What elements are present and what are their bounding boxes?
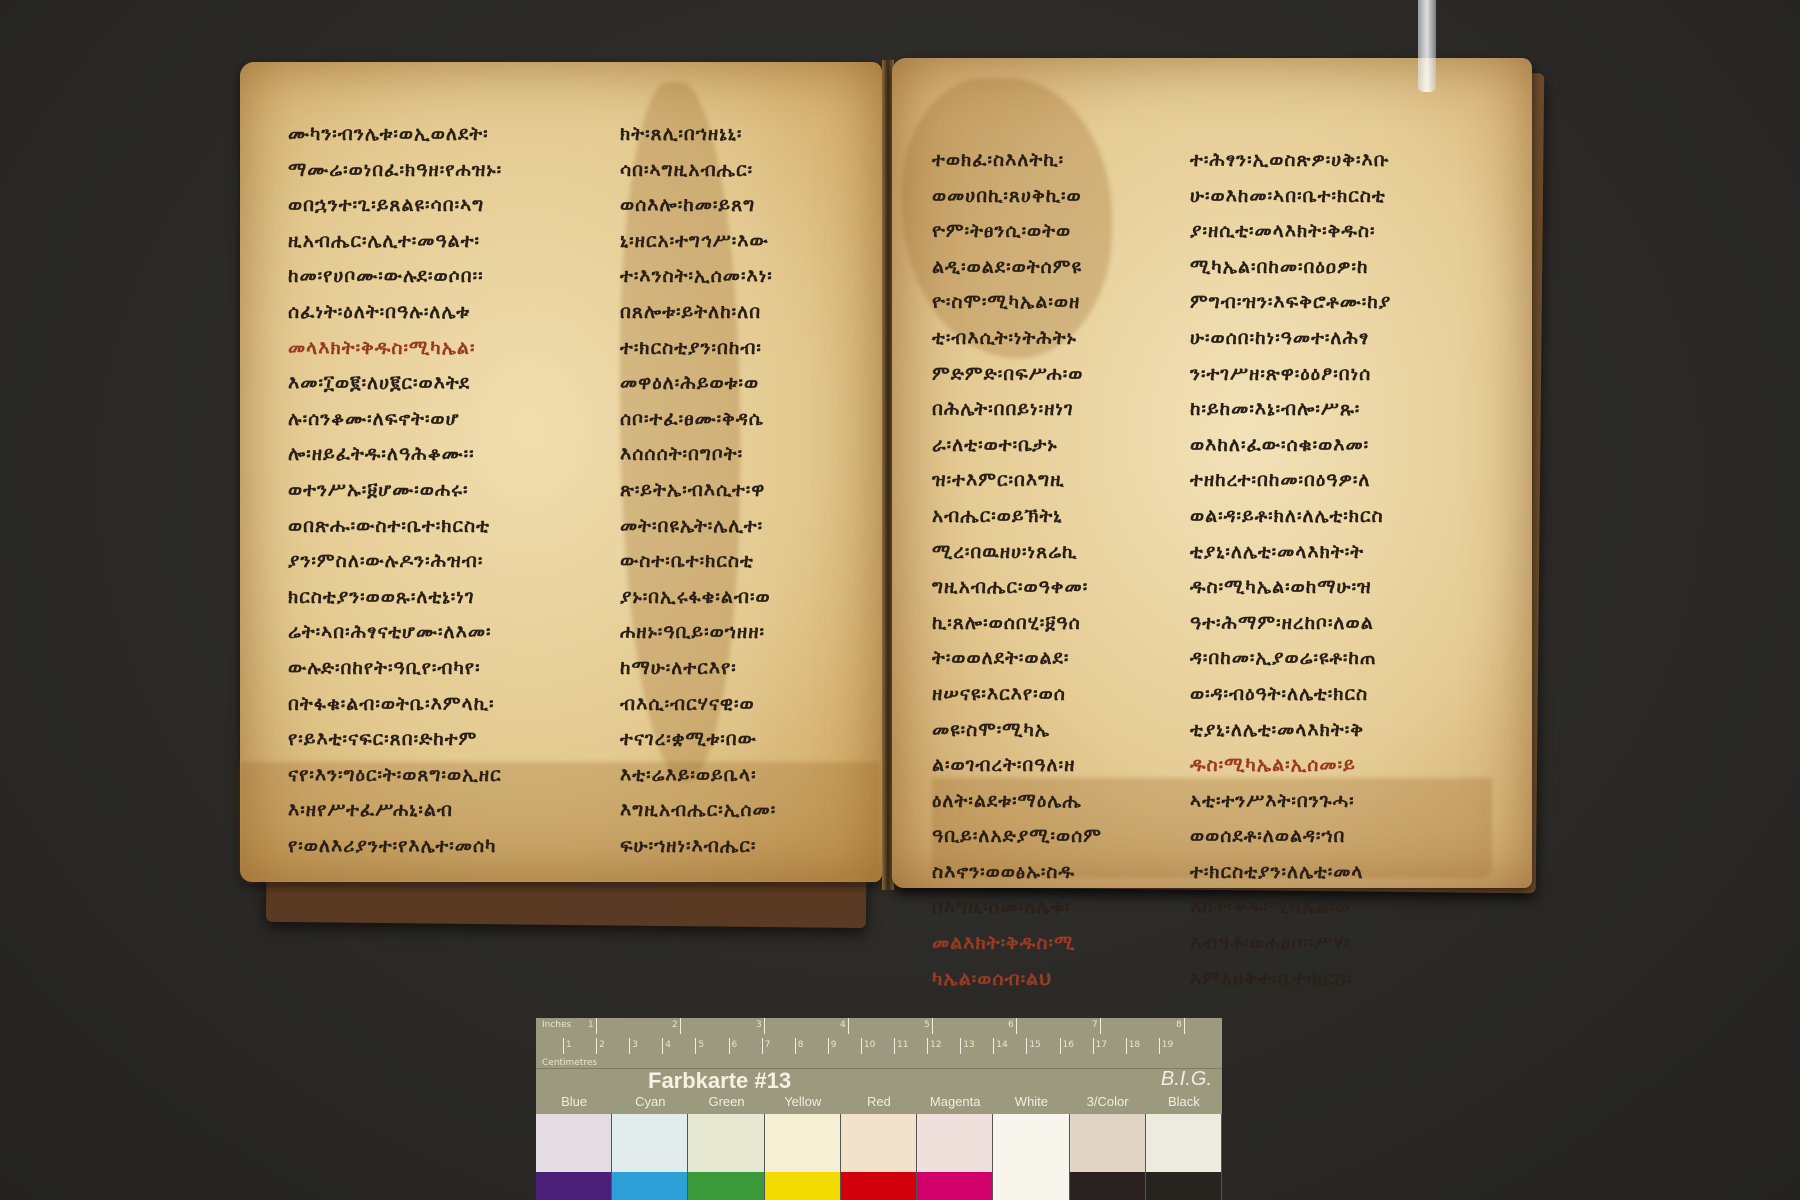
manuscript-line: ከ፡ይከመ፡እኔ፡ብሎ፡ሥጹ፡ xyxy=(1190,392,1391,428)
manuscript-line: ዘሠናዩ፡እርእየ፡ወሰ xyxy=(932,677,1102,713)
cm-tick-label: 5 xyxy=(698,1040,704,1050)
manuscript-line: ተ፡ክርስቲያን፡ለሌቲ፡መላ xyxy=(1190,855,1391,891)
cm-tick xyxy=(927,1038,928,1054)
manuscript-line: ጽ፡ይትኤ፡ብእሲተ፡ዋ xyxy=(620,473,776,509)
inch-tick-label: 1 xyxy=(588,1020,594,1030)
swatch-tint xyxy=(536,1114,611,1172)
manuscript-line: ተወክፈ፡ስእለትኪ፡ xyxy=(932,143,1102,179)
manuscript-line: እመ፡፲ወ፪፡ለሀ፪ር፡ወእትደ xyxy=(288,366,502,402)
cm-tick xyxy=(795,1038,796,1054)
manuscript-line: ሰቦ፡ተፈ፡ፀሙ፡ቅዳሴ xyxy=(620,402,776,438)
inch-tick-label: 7 xyxy=(1092,1020,1098,1030)
manuscript-line: ማሙሬ፡ወነበፈ፡ክዓዘ፡የሐዝኑ፡ xyxy=(288,153,502,189)
swatch-label: Yellow xyxy=(765,1094,841,1109)
manuscript-line: ወመሀበኪ፡ጸሀቅኪ፡ወ xyxy=(932,179,1102,215)
swatch-solid xyxy=(1070,1172,1145,1200)
manuscript-line: ከማሁ፡ለተርእየ፡ xyxy=(620,651,776,687)
color-swatch-green xyxy=(688,1114,764,1200)
right-page: ተወክፈ፡ስእለትኪ፡ወመሀበኪ፡ጸሀቅኪ፡ወዮም፡ትፀንሲ፡ወትወልዲ፡ወልደ… xyxy=(892,58,1532,888)
manuscript-line: በትፋቁ፡ልብ፡ወትቤ፡እምላኪ፡ xyxy=(288,687,502,723)
inch-tick-label: 4 xyxy=(840,1020,846,1030)
manuscript-line: ተ፡ሕፃን፡ኢወስጽዎ፡ሀቅ፡እቡ xyxy=(1190,143,1391,179)
swatch-solid xyxy=(993,1172,1068,1200)
cm-tick-label: 15 xyxy=(1029,1040,1040,1050)
cm-tick xyxy=(662,1038,663,1054)
manuscript-line: ዱስ፡ሚካኤል፡ወከማሁ፡ዝ xyxy=(1190,570,1391,606)
inch-tick-label: 5 xyxy=(924,1020,930,1030)
manuscript-line: ግዚአብሔር፡ወዓቀመ፡ xyxy=(932,570,1102,606)
manuscript-line: ወ፡ዳ፡ብዕዓት፡ለሌቲ፡ክርስ xyxy=(1190,677,1391,713)
manuscript-line: ኪ፡ጸሎ፡ወሰበሂ፡፱ዓሰ xyxy=(932,606,1102,642)
centimetres-label: Centimetres xyxy=(542,1058,597,1068)
swatch-solid xyxy=(612,1172,687,1200)
swatch-tint xyxy=(765,1114,840,1172)
manuscript-line: ሐዘኑ፡ዓቢይ፡ወኀዘዘ፡ xyxy=(620,615,776,651)
color-swatch-white xyxy=(993,1114,1069,1200)
ruler: Inches Centimetres 123456781234567891011… xyxy=(536,1018,1222,1069)
cm-tick-label: 18 xyxy=(1129,1040,1140,1050)
manuscript-line: ዮም፡ትፀንሲ፡ወትወ xyxy=(932,214,1102,250)
manuscript-line: የ፡ወለእሪያንተ፡የእሌተ፡መሰካ xyxy=(288,829,502,865)
manuscript-line: ዱስ፡ሚካኤል፡ኢሰመ፡ይ xyxy=(1190,748,1391,784)
manuscript-line: ሁ፡ወእከመ፡ኣበ፡ቤተ፡ክርስቲ xyxy=(1190,179,1391,215)
inch-tick xyxy=(932,1018,933,1034)
swatch-solid xyxy=(536,1172,611,1200)
cm-tick xyxy=(1026,1038,1027,1054)
manuscript-line: ልዲ፡ወልደ፡ወትሰምዩ xyxy=(932,250,1102,286)
text-column-2: ክት፡ጸሊ፡በኀዘኔኒ፡ሳበ፡ኣግዚአብሔር፡ወሰእሎ፡ከመ፡ይጸግኒ፡ዘርአ፡… xyxy=(620,117,776,864)
swatch-solid xyxy=(917,1172,992,1200)
manuscript-line: ያኑ፡በኢሩፋቄ፡ልብ፡ወ xyxy=(620,580,776,616)
manuscript-line: ሙካን፡ብንሌቱ፡ወኢወለደት፡ xyxy=(288,117,502,153)
manuscript-line: ተ፡እንስት፡ኢሰመ፡እነ፡ xyxy=(620,259,776,295)
manuscript-line: ን፡ተገሥዘ፡ጽዋ፡ዕዕፆ፡በነሰ xyxy=(1190,357,1391,393)
swatch-tint xyxy=(917,1114,992,1172)
manuscript-line: ካኤል፡ወሰብ፡ልህ xyxy=(932,962,1102,998)
manuscript-line: ስእኖን፡ወወፅኡ፡ስዱ xyxy=(932,855,1102,891)
manuscript-line: በሕሌት፡በበይነ፡ዘነገ xyxy=(932,392,1102,428)
swatch-label: Red xyxy=(841,1094,917,1109)
manuscript-line: ያ፡ዘሲቲ፡መላእክት፡ቅዱስ፡ xyxy=(1190,214,1391,250)
manuscript-line: ምግብ፡ዝን፡እፍቅሮቶሙ፡ከያ xyxy=(1190,285,1391,321)
color-swatch-cyan xyxy=(612,1114,688,1200)
cm-tick xyxy=(894,1038,895,1054)
manuscript-line: አብሔር፡ወይኽትኒ xyxy=(932,499,1102,535)
manuscript-line: ት፡ወወለደት፡ወልደ፡ xyxy=(932,641,1102,677)
manuscript-line: ዕለት፡ልደቱ፡ማዕሌሔ xyxy=(932,784,1102,820)
manuscript-line: ተዘከረተ፡በከመ፡በዕዓዎ፡ለ xyxy=(1190,463,1391,499)
manuscript-line: ሚካኤል፡በከመ፡በዕዐዎ፡ከ xyxy=(1190,250,1391,286)
swatch-label: Cyan xyxy=(612,1094,688,1109)
swatch-tint xyxy=(1070,1114,1145,1172)
manuscript-line: ሎ፡ዘይፈትዱ፡ለዓሕቆሙ፡፡ xyxy=(288,437,502,473)
inch-tick xyxy=(596,1018,597,1034)
swatch-label: 3/Color xyxy=(1070,1094,1146,1109)
cm-tick-label: 16 xyxy=(1063,1040,1074,1050)
manuscript-line: ተናገረ፡ቋሚቱ፡በው xyxy=(620,722,776,758)
manuscript-line: በእግዚ፡ሰመ፡ለሌቱ፡ xyxy=(932,890,1102,926)
manuscript-line: የ፡ይእቲ፡ናፍር፡ጸበ፡ድከተም xyxy=(288,722,502,758)
cm-tick xyxy=(1060,1038,1061,1054)
manuscript-line: ኒ፡ዘርአ፡ተግኅሥ፡እው xyxy=(620,224,776,260)
swatch-label: Magenta xyxy=(917,1094,993,1109)
cm-tick xyxy=(828,1038,829,1054)
color-swatch-magenta xyxy=(917,1114,993,1200)
color-swatch-black xyxy=(1146,1114,1222,1200)
inch-tick-label: 3 xyxy=(756,1020,762,1030)
inch-tick xyxy=(1100,1018,1101,1034)
cm-tick-label: 7 xyxy=(765,1040,771,1050)
manuscript-line: እከት፡ቅዱ፡ሚካኤል፡ወ xyxy=(1190,890,1391,926)
cm-tick-label: 3 xyxy=(632,1040,638,1050)
inch-tick-label: 6 xyxy=(1008,1020,1014,1030)
manuscript-line: ምድምድ፡በፍሥሐ፡ወ xyxy=(932,357,1102,393)
manuscript-line: መልእክት፡ቅዱስ፡ሚ xyxy=(932,926,1102,962)
manuscript-line: መዩ፡ስሞ፡ሚካኤ xyxy=(932,713,1102,749)
manuscript-line: ዓቢይ፡ለአድያሚ፡ወሰም xyxy=(932,819,1102,855)
manuscript-line: ቲያኒ፡ለሌቲ፡መላእክት፡ት xyxy=(1190,535,1391,571)
manuscript-line: ዝ፡ተእምር፡በእግዚ xyxy=(932,463,1102,499)
manuscript-line: ወበኋንተ፡ጊ፡ይጸልዩ፡ሳበ፡ኣግ xyxy=(288,188,502,224)
acrylic-page-holder xyxy=(1418,0,1436,92)
swatch-tint xyxy=(1146,1114,1221,1172)
manuscript-line: ከመ፡የሀቦሙ፡ውሉደ፡ወሶበ፡፡ xyxy=(288,259,502,295)
manuscript-line: ሳበ፡ኣግዚአብሔር፡ xyxy=(620,153,776,189)
color-swatch-3-color xyxy=(1070,1114,1146,1200)
swatch-label: Black xyxy=(1146,1094,1222,1109)
cm-tick-label: 14 xyxy=(996,1040,1007,1050)
manuscript-line: ወበጽሑ፡ውስተ፡ቤተ፡ክርስቲ xyxy=(288,509,502,545)
manuscript-line: ሉ፡ሰንቆሙ፡ለፍኖት፡ወሆ xyxy=(288,402,502,438)
manuscript-line: እ፡ዘየሥተፈሥሐኒ፡ልብ xyxy=(288,793,502,829)
inch-tick xyxy=(764,1018,765,1034)
inch-tick xyxy=(1016,1018,1017,1034)
cm-tick xyxy=(1093,1038,1094,1054)
swatch-solid xyxy=(1146,1172,1221,1200)
card-brand: B.I.G. xyxy=(1161,1068,1212,1091)
manuscript-line: ብእሲ፡ብርሃናዊ፡ወ xyxy=(620,687,776,723)
cm-tick xyxy=(596,1038,597,1054)
manuscript-line: ሰፈነት፡ዕለት፡በዓሉ፡ለሌቱ xyxy=(288,295,502,331)
manuscript-line: ወሰእሎ፡ከመ፡ይጸግ xyxy=(620,188,776,224)
manuscript-line: ክት፡ጸሊ፡በኀዘኔኒ፡ xyxy=(620,117,776,153)
inches-label: Inches xyxy=(542,1020,571,1030)
cm-tick-label: 6 xyxy=(732,1040,738,1050)
cm-tick-label: 19 xyxy=(1162,1040,1173,1050)
swatch-labels: BlueCyanGreenYellowRedMagentaWhite3/Colo… xyxy=(536,1094,1222,1109)
left-page: ሙካን፡ብንሌቱ፡ወኢወለደት፡ማሙሬ፡ወነበፈ፡ክዓዘ፡የሐዝኑ፡ወበኋንተ፡… xyxy=(240,62,882,882)
cm-tick xyxy=(563,1038,564,1054)
manuscript-line: ል፡ወገብረት፡በዓለ፡ዘ xyxy=(932,748,1102,784)
cm-tick-label: 9 xyxy=(831,1040,837,1050)
manuscript-line: ወወሰደቶ፡ለወልዳ፡ኀበ xyxy=(1190,819,1391,855)
cm-tick-label: 11 xyxy=(897,1040,908,1050)
manuscript-line: ሬት፡ኣበ፡ሕፃናቲሆሙ፡ለእመ፡ xyxy=(288,615,502,651)
cm-tick-label: 17 xyxy=(1096,1040,1107,1050)
cm-tick-label: 4 xyxy=(665,1040,671,1050)
manuscript-line: ቲያኒ፡ለሌቲ፡መላእክት፡ቅ xyxy=(1190,713,1391,749)
cm-tick-label: 10 xyxy=(864,1040,875,1050)
cm-tick-label: 2 xyxy=(599,1040,605,1050)
manuscript-line: ዚአብሔር፡ሌሊተ፡መዓልተ፡ xyxy=(288,224,502,260)
cm-tick xyxy=(960,1038,961,1054)
cm-tick xyxy=(695,1038,696,1054)
inch-tick xyxy=(1184,1018,1185,1034)
cm-tick xyxy=(762,1038,763,1054)
swatch-solid xyxy=(765,1172,840,1200)
text-column-1: ሙካን፡ብንሌቱ፡ወኢወለደት፡ማሙሬ፡ወነበፈ፡ክዓዘ፡የሐዝኑ፡ወበኋንተ፡… xyxy=(288,117,502,864)
cm-tick xyxy=(1159,1038,1160,1054)
manuscript-line: ዳ፡በከመ፡ኢያወሬ፡ዩቶ፡ከጠ xyxy=(1190,641,1391,677)
manuscript-line: ራ፡ለቲ፡ወተ፡ቤታኑ xyxy=(932,428,1102,464)
manuscript-line: ቲ፡ብእሲት፡ነትሕትኑ xyxy=(932,321,1102,357)
manuscript-line: ተ፡ክርስቲያን፡በከብ፡ xyxy=(620,331,776,367)
manuscript-line: ወል፡ዳ፡ይቶ፡ክለ፡ለሌቲ፡ክርስ xyxy=(1190,499,1391,535)
text-column-2: ተ፡ሕፃን፡ኢወስጽዎ፡ሀቅ፡እቡሁ፡ወእከመ፡ኣበ፡ቤተ፡ክርስቲያ፡ዘሲቲ፡… xyxy=(1190,143,1391,997)
swatch-tint xyxy=(841,1114,916,1172)
swatch-label: White xyxy=(993,1094,1069,1109)
card-title: Farbkarte #13 xyxy=(648,1068,791,1094)
manuscript-line: ናየ፡እን፡ግዕር፡ት፡ወጸግ፡ወኢዘር xyxy=(288,758,502,794)
swatch-solid xyxy=(688,1172,763,1200)
manuscript-line: ያን፡ምስለ፡ውሉዶን፡ሕዝብ፡ xyxy=(288,544,502,580)
manuscript-line: ወተንሥኡ፡፱ሆሙ፡ወሐሩ፡ xyxy=(288,473,502,509)
color-swatch-blue xyxy=(536,1114,612,1200)
manuscript-line: እግዚአብሔር፡ኢሰመ፡ xyxy=(620,793,776,829)
manuscript-line: ሁ፡ወሰበ፡ከነ፡ዓመተ፡ለሕፃ xyxy=(1190,321,1391,357)
swatch-tint xyxy=(688,1114,763,1172)
manuscript-line: መላእክት፡ቅዱስ፡ሚካኤል፡ xyxy=(288,331,502,367)
swatch-tint xyxy=(612,1114,687,1172)
color-reference-card: Inches Centimetres 123456781234567891011… xyxy=(536,1018,1222,1200)
swatch-tint xyxy=(993,1114,1068,1172)
manuscript-line: እብዓቶ፡ወሐፀቦ፡፡ሥሃ፡ xyxy=(1190,926,1391,962)
cm-tick-label: 8 xyxy=(798,1040,804,1050)
inch-tick-label: 2 xyxy=(672,1020,678,1030)
color-swatch-yellow xyxy=(765,1114,841,1200)
manuscript-line: እቲ፡ሬእይ፡ወይቤላ፡ xyxy=(620,758,776,794)
cm-tick xyxy=(1126,1038,1127,1054)
cm-tick xyxy=(729,1038,730,1054)
manuscript-line: ውስተ፡ቤተ፡ክርስቲ xyxy=(620,544,776,580)
inch-tick xyxy=(848,1018,849,1034)
swatch-label: Blue xyxy=(536,1094,612,1109)
manuscript-line: ዮ፡ስሞ፡ሚካኤል፡ወዘ xyxy=(932,285,1102,321)
cm-tick xyxy=(629,1038,630,1054)
manuscript-line: ክርስቲያን፡ወወጹ፡ለቲኔ፡ነገ xyxy=(288,580,502,616)
manuscript-line: በጸሎቱ፡ይትለከ፡ለበ xyxy=(620,295,776,331)
manuscript-line: መት፡በዩኤት፡ሌሊተ፡ xyxy=(620,509,776,545)
manuscript-line: ሚረ፡በዉዘሀ፡ነጸሬኪ xyxy=(932,535,1102,571)
swatch-solid xyxy=(841,1172,916,1200)
swatch-row xyxy=(536,1114,1222,1200)
inch-tick xyxy=(680,1018,681,1034)
manuscript-line: እሰሰሰት፡በግቦት፡ xyxy=(620,437,776,473)
manuscript-line: መዋዕለ፡ሕይወቱ፡ወ xyxy=(620,366,776,402)
manuscript-line: ኣቲ፡ተንሥእት፡በንጉሓ፡ xyxy=(1190,784,1391,820)
manuscript-line: ዓተ፡ሕማም፡ዘረከቦ፡ለወል xyxy=(1190,606,1391,642)
inch-tick-label: 8 xyxy=(1176,1020,1182,1030)
manuscript-line: እምአዘቅተ፡ቤተ፡ክርስ፡ xyxy=(1190,962,1391,998)
color-swatch-red xyxy=(841,1114,917,1200)
cm-tick xyxy=(861,1038,862,1054)
swatch-label: Green xyxy=(688,1094,764,1109)
cm-tick-label: 13 xyxy=(963,1040,974,1050)
manuscript-line: ውሉድ፡በከየት፡ዓቢየ፡ብካየ፡ xyxy=(288,651,502,687)
manuscript-line: ፍሁ፡ኀዘነ፡እብሔር፡ xyxy=(620,829,776,865)
cm-tick-label: 1 xyxy=(566,1040,572,1050)
cm-tick-label: 12 xyxy=(930,1040,941,1050)
manuscript-line: ወእከለ፡ፈው፡ሰቁ፡ወእመ፡ xyxy=(1190,428,1391,464)
text-column-1: ተወክፈ፡ስእለትኪ፡ወመሀበኪ፡ጸሀቅኪ፡ወዮም፡ትፀንሲ፡ወትወልዲ፡ወልደ… xyxy=(932,143,1102,997)
cm-tick xyxy=(993,1038,994,1054)
